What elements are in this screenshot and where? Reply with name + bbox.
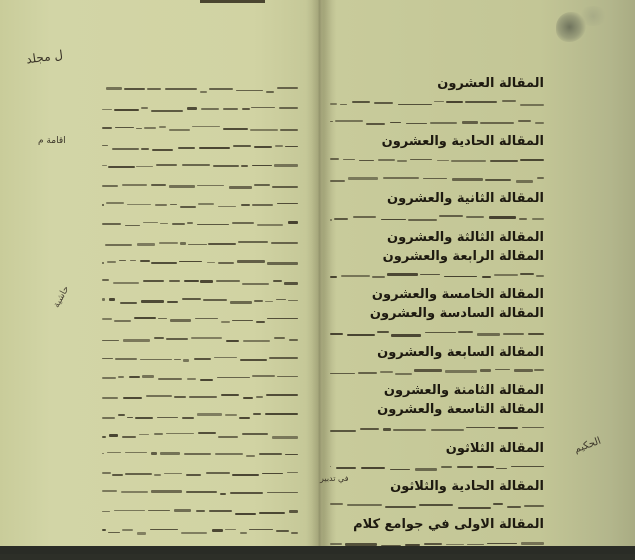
manuscript-line (102, 310, 298, 329)
manuscript-line: المقالة الحادية والعشرون (330, 132, 544, 151)
manuscript-line (102, 214, 298, 233)
manuscript-line (102, 157, 298, 176)
manuscript-line (102, 329, 298, 348)
bottom-edge (0, 546, 635, 554)
manuscript-line: المقالة الرابعة والعشرون (330, 247, 544, 266)
chapter-heading: المقالة الثامنة والعشرون (384, 383, 544, 398)
left-text-block (102, 80, 298, 554)
manuscript-line (330, 151, 544, 170)
manuscript-line (330, 458, 544, 477)
right-text-block: المقالة العشرونالمقالة الحادية والعشرونا… (330, 74, 544, 554)
manuscript-line (330, 170, 544, 189)
manuscript-line (330, 208, 544, 227)
manuscript-line (330, 112, 544, 131)
manuscript-line (102, 483, 298, 502)
manuscript-line (102, 234, 298, 253)
manuscript-line (102, 387, 298, 406)
chapter-heading: المقالة الحادية والثلاثون (390, 479, 544, 494)
manuscript-line (330, 362, 544, 381)
manuscript-line: المقالة العشرون (330, 74, 544, 93)
manuscript-line: المقالة الخامسة والعشرون (330, 285, 544, 304)
manuscript-line (102, 425, 298, 444)
gutter-fold (306, 0, 332, 546)
manuscript-line (330, 266, 544, 285)
manuscript-line (102, 445, 298, 464)
manuscript-line (102, 80, 298, 99)
manuscript-line (102, 176, 298, 195)
chapter-heading: المقالة الثانية والعشرون (387, 191, 544, 206)
manuscript-line (102, 195, 298, 214)
manuscript-line: المقالة السابعة والعشرون (330, 343, 544, 362)
manuscript-line (102, 406, 298, 425)
manuscript-line (102, 253, 298, 272)
manuscript-line: المقالة الثالثة والعشرون (330, 228, 544, 247)
margin-note-middle: اقامة م (38, 136, 66, 146)
manuscript-line (330, 419, 544, 438)
catchword: في تدبير (320, 474, 349, 483)
manuscript-line (330, 323, 544, 342)
manuscript-line: المقالة التاسعة والعشرون (330, 400, 544, 419)
manuscript-line (102, 138, 298, 157)
manuscript-line (102, 502, 298, 521)
chapter-heading: المقالة الخامسة والعشرون (372, 287, 544, 302)
manuscript-line (102, 349, 298, 368)
manuscript-line: المقالة الاولى في جوامع كلام (330, 515, 544, 534)
manuscript-line (102, 521, 298, 540)
manuscript-line: المقالة الثلاثون (330, 439, 544, 458)
manuscript-line: المقالة الحادية والثلاثون (330, 477, 544, 496)
manuscript-line (330, 496, 544, 515)
chapter-heading: المقالة الحادية والعشرون (382, 134, 544, 149)
manuscript-line (102, 464, 298, 483)
chapter-heading: المقالة الثلاثون (446, 441, 544, 456)
manuscript-line (102, 368, 298, 387)
manuscript-line: المقالة الثامنة والعشرون (330, 381, 544, 400)
manuscript-line: المقالة الثانية والعشرون (330, 189, 544, 208)
manuscript-line (102, 99, 298, 118)
manuscript-line: المقالة السادسة والعشرون (330, 304, 544, 323)
faded-stain (578, 6, 608, 26)
chapter-heading: المقالة الثالثة والعشرون (387, 230, 544, 245)
chapter-heading: المقالة التاسعة والعشرون (377, 402, 544, 417)
manuscript-line (330, 93, 544, 112)
chapter-heading: المقالة الرابعة والعشرون (383, 249, 544, 264)
chapter-heading: المقالة العشرون (437, 76, 544, 91)
chapter-heading: المقالة السادسة والعشرون (370, 306, 544, 321)
chapter-heading: المقالة السابعة والعشرون (377, 345, 544, 360)
manuscript-line (102, 291, 298, 310)
manuscript-spread: ل مجلد اقامة م حاشية المقالة العشرونالمق… (0, 0, 635, 546)
manuscript-line (102, 118, 298, 137)
chapter-heading: المقالة الاولى في جوامع كلام (353, 517, 544, 532)
manuscript-line (102, 272, 298, 291)
